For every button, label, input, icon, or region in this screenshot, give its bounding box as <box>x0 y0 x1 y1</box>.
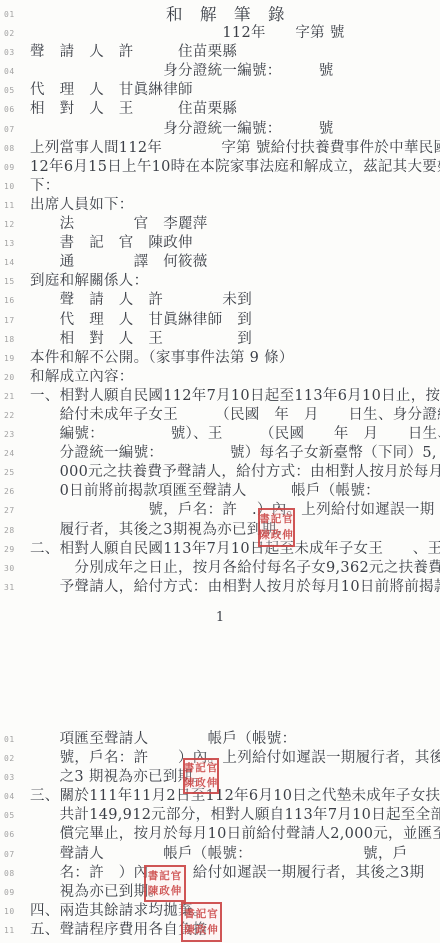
line-text: 相 對 人 王 到 <box>30 330 252 349</box>
document-line: 26 0日前將前揭款項匯至聲請人 帳戶（帳號： <box>0 482 440 501</box>
line-text: 代 理 人 甘眞綝律師 <box>30 81 193 100</box>
line-number: 10 <box>0 177 30 196</box>
page1-lines: 01 和 解 筆 錄 02 112年 字第 號 03 聲 請 人 許 住苗栗縣 … <box>0 5 440 597</box>
stamp-clerk-name: 陳政伸 <box>259 529 294 542</box>
line-number: 18 <box>0 330 30 349</box>
line-text: 予聲請人，給付方式：由相對人按月於每月10日前將前揭款 <box>30 578 440 597</box>
line-number: 01 <box>0 730 30 749</box>
document-line: 08 上列當事人間112年 字第 號給付扶養費事件於中華民國1 <box>0 139 440 158</box>
line-text: 通 譯 何筱薇 <box>30 253 208 272</box>
line-number: 05 <box>0 806 30 825</box>
line-number: 22 <box>0 406 30 425</box>
line-text: 身分證統一編號： 號 <box>30 120 334 139</box>
document-line: 03 聲 請 人 許 住苗栗縣 <box>0 43 440 62</box>
line-text: 分證統一編號： 號）每名子女新臺幣（下同）5, <box>30 444 437 463</box>
line-number: 08 <box>0 864 30 883</box>
line-text: 代 理 人 甘眞綝律師 到 <box>30 311 252 330</box>
line-number: 30 <box>0 559 30 578</box>
line-number: 01 <box>0 5 30 24</box>
document-line: 30 分別成年之日止，按月各給付每名子女9,362元之扶養費 <box>0 559 440 578</box>
document-line: 05 代 理 人 甘眞綝律師 <box>0 81 440 100</box>
document-line: 02 112年 字第 號 <box>0 24 440 43</box>
document-line: 17 代 理 人 甘眞綝律師 到 <box>0 311 440 330</box>
line-text: 相 對 人 王 住苗栗縣 <box>30 100 237 119</box>
clerk-seal-stamp: 書記官 陳政伸 <box>144 865 186 902</box>
line-number: 20 <box>0 368 30 387</box>
stamp-clerk-name: 陳政伸 <box>148 885 183 898</box>
line-number: 31 <box>0 578 30 597</box>
line-number: 03 <box>0 768 30 787</box>
document-line: 24 分證統一編號： 號）每名子女新臺幣（下同）5, <box>0 444 440 463</box>
line-number: 25 <box>0 463 30 482</box>
stamp-role-label: 書記官 <box>184 762 219 775</box>
line-text: 0日前將前揭款項匯至聲請人 帳戶（帳號： <box>30 482 380 501</box>
line-text: 號，戶名：許 .）內。上列給付如遲誤一期 <box>30 501 435 520</box>
document-line: 09 視為亦已到期。 <box>0 883 440 902</box>
page-1: 01 和 解 筆 錄 02 112年 字第 號 03 聲 請 人 許 住苗栗縣 … <box>0 5 440 597</box>
stamp-role-label: 書記官 <box>184 908 219 921</box>
page-number: 1 <box>0 610 440 625</box>
stamp-role-label: 書記官 <box>148 870 183 883</box>
line-number: 02 <box>0 24 30 43</box>
line-number: 04 <box>0 62 30 81</box>
document-line: 10 下： <box>0 177 440 196</box>
line-text: 聲請人 帳戶（帳號： 號，戶 <box>30 845 408 864</box>
clerk-seal-stamp: 書記官 陳政伸 <box>183 758 219 794</box>
line-text: 和 解 筆 錄 <box>30 5 285 24</box>
document-line: 12 法 官 李麗萍 <box>0 215 440 234</box>
line-number: 14 <box>0 253 30 272</box>
line-number: 24 <box>0 444 30 463</box>
clerk-seal-stamp: 書記官 陳政伸 <box>181 902 222 942</box>
line-number: 11 <box>0 921 30 940</box>
line-number: 04 <box>0 787 30 806</box>
line-text: 一、相對人願自民國112年7月10日起至113年6月10日止，按月各 <box>30 387 440 406</box>
line-number: 10 <box>0 902 30 921</box>
line-text: 共計149,912元部分，相對人願自113年7月10日起至全部清 <box>30 806 440 825</box>
document-line: 27 號，戶名：許 .）內。上列給付如遲誤一期 <box>0 501 440 520</box>
line-text: 償完畢止，按月於每月10日前給付聲請人2,000元，並匯至 <box>30 825 440 844</box>
document-line: 08 名：許 ）內 給付如遲誤一期履行者，其後之3期 <box>0 864 440 883</box>
line-text: 履行者，其後之3期視為亦已到期。 <box>30 521 291 540</box>
document-line: 13 書 記 官 陳政伸 <box>0 234 440 253</box>
document-line: 14 通 譯 何筱薇 <box>0 253 440 272</box>
line-text: 編號： 號）、王 （民國 年 月 日生、身 <box>30 425 440 444</box>
document-line: 31 予聲請人，給付方式：由相對人按月於每月10日前將前揭款 <box>0 578 440 597</box>
line-text: 項匯至聲請人 帳戶（帳號： <box>30 730 296 749</box>
document-line: 19 本件和解不公開。（家事事件法第 9 條） <box>0 349 440 368</box>
line-text: 聲 請 人 許 住苗栗縣 <box>30 43 237 62</box>
line-text: 和解成立內容： <box>30 368 134 387</box>
line-text: 名：許 ）內 給付如遲誤一期履行者，其後之3期 <box>30 864 424 883</box>
document-line: 11 出席人員如下： <box>0 196 440 215</box>
document-line: 09 12年6月15日上午10時在本院家事法庭和解成立，茲記其大要如 <box>0 158 440 177</box>
line-number: 02 <box>0 749 30 768</box>
line-number: 15 <box>0 272 30 291</box>
document-line: 22 給付未成年子女王 （民國 年 月 日生、身分證統一 <box>0 406 440 425</box>
line-text: 上列當事人間112年 字第 號給付扶養費事件於中華民國1 <box>30 139 440 158</box>
document-line: 01 項匯至聲請人 帳戶（帳號： <box>0 730 440 749</box>
line-text: 12年6月15日上午10時在本院家事法庭和解成立，茲記其大要如 <box>30 158 440 177</box>
line-number: 19 <box>0 349 30 368</box>
document-line: 28 履行者，其後之3期視為亦已到期。 <box>0 521 440 540</box>
line-text: 分別成年之日止，按月各給付每名子女9,362元之扶養費 <box>30 559 440 578</box>
clerk-seal-stamp: 書記官 陳政伸 <box>258 508 295 547</box>
document-line: 07 身分證統一編號： 號 <box>0 120 440 139</box>
line-text: 三、關於111年11月2日至112年6月10日之代墊未成年子女扶養費 <box>30 787 440 806</box>
line-text: 身分證統一編號： 號 <box>30 62 334 81</box>
line-number: 12 <box>0 215 30 234</box>
line-text: 聲 請 人 許 未到 <box>30 291 252 310</box>
stamp-role-label: 書記官 <box>259 513 294 526</box>
line-text: 號，戶名：許 ）內。上列給付如遲誤一期履行者，其後 <box>30 749 440 768</box>
line-text: 到庭和解關係人： <box>30 272 148 291</box>
line-number: 03 <box>0 43 30 62</box>
line-text: 法 官 李麗萍 <box>30 215 208 234</box>
line-number: 07 <box>0 120 30 139</box>
document-line: 07 聲請人 帳戶（帳號： 號，戶 <box>0 845 440 864</box>
line-text: 000元之扶養費予聲請人，給付方式：由相對人按月於每月1 <box>30 463 440 482</box>
line-text: 下： <box>30 177 60 196</box>
line-number: 29 <box>0 540 30 559</box>
line-number: 16 <box>0 291 30 310</box>
document-line: 18 相 對 人 王 到 <box>0 330 440 349</box>
document-line: 23 編號： 號）、王 （民國 年 月 日生、身 <box>0 425 440 444</box>
line-number: 07 <box>0 845 30 864</box>
document-line: 16 聲 請 人 許 未到 <box>0 291 440 310</box>
line-number: 17 <box>0 311 30 330</box>
document-line: 05 共計149,912元部分，相對人願自113年7月10日起至全部清 <box>0 806 440 825</box>
line-number: 09 <box>0 883 30 902</box>
line-number: 28 <box>0 521 30 540</box>
line-text: 二、相對人願自民國113年7月10日起至未成年子女王 、王 <box>30 540 440 559</box>
line-number: 06 <box>0 825 30 844</box>
stamp-clerk-name: 陳政伸 <box>184 777 219 790</box>
stamp-clerk-name: 陳政伸 <box>184 924 219 937</box>
line-number: 05 <box>0 81 30 100</box>
line-number: 06 <box>0 100 30 119</box>
document-line: 20 和解成立內容： <box>0 368 440 387</box>
line-text: 出席人員如下： <box>30 196 134 215</box>
document-line: 02 號，戶名：許 ）內。上列給付如遲誤一期履行者，其後 <box>0 749 440 768</box>
document-line: 04 三、關於111年11月2日至112年6月10日之代墊未成年子女扶養費 <box>0 787 440 806</box>
line-number: 08 <box>0 139 30 158</box>
document-line: 06 相 對 人 王 住苗栗縣 <box>0 100 440 119</box>
document-line: 03 之3 期視為亦已到期。 <box>0 768 440 787</box>
line-text: 書 記 官 陳政伸 <box>30 234 193 253</box>
line-number: 23 <box>0 425 30 444</box>
document-line: 25 000元之扶養費予聲請人，給付方式：由相對人按月於每月1 <box>0 463 440 482</box>
document-line: 29 二、相對人願自民國113年7月10日起至未成年子女王 、王 <box>0 540 440 559</box>
line-number: 09 <box>0 158 30 177</box>
line-text: 112年 字第 號 <box>30 24 345 43</box>
document-line: 01 和 解 筆 錄 <box>0 5 440 24</box>
line-text: 本件和解不公開。（家事事件法第 9 條） <box>30 349 294 368</box>
line-text: 給付未成年子女王 （民國 年 月 日生、身分證統一 <box>30 406 440 425</box>
document-line: 04 身分證統一編號： 號 <box>0 62 440 81</box>
line-text: 之3 期視為亦已到期。 <box>30 768 207 787</box>
line-number: 21 <box>0 387 30 406</box>
line-number: 27 <box>0 501 30 520</box>
document-line: 21 一、相對人願自民國112年7月10日起至113年6月10日止，按月各 <box>0 387 440 406</box>
document-line: 15 到庭和解關係人： <box>0 272 440 291</box>
document-line: 06 償完畢止，按月於每月10日前給付聲請人2,000元，並匯至 <box>0 825 440 844</box>
line-number: 26 <box>0 482 30 501</box>
line-number: 13 <box>0 234 30 253</box>
line-number: 11 <box>0 196 30 215</box>
